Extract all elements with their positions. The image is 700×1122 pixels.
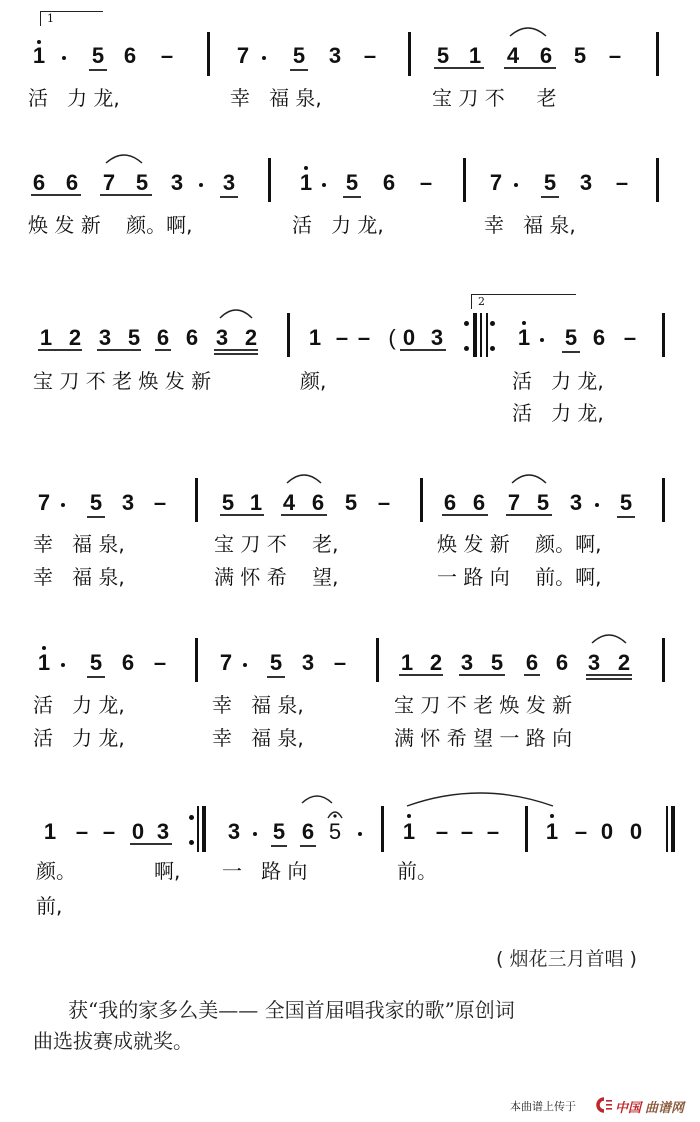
note: 6 <box>537 44 555 68</box>
note: 5 <box>267 651 285 675</box>
note: 1 <box>543 820 561 844</box>
lyric-line-verse2: 前, <box>36 894 62 918</box>
underline <box>267 676 285 678</box>
underline <box>220 196 238 198</box>
note: 5 <box>133 171 151 195</box>
note: 2 <box>66 326 84 350</box>
note: 6 <box>553 651 571 675</box>
note: 6 <box>119 651 137 675</box>
repeat-barline-thin <box>480 313 482 357</box>
barline <box>525 806 528 852</box>
note: – <box>100 820 118 844</box>
slur <box>510 471 548 485</box>
note: – <box>333 326 351 350</box>
award-note-line-1: 获“我的家多么美—— 全国首届唱我家的歌”原创词 <box>68 995 515 1025</box>
repeat-dot <box>490 346 495 351</box>
repeat-barline-thick <box>202 806 206 852</box>
note: 5 <box>125 326 143 350</box>
note: 3 <box>225 820 243 844</box>
note: 5 <box>342 491 360 515</box>
barline <box>381 806 384 852</box>
underline <box>300 845 316 847</box>
note: – <box>355 326 373 350</box>
note: – <box>151 491 169 515</box>
note: 3 <box>458 651 476 675</box>
note: 6 <box>154 326 172 350</box>
underline <box>399 674 443 676</box>
note: 0 <box>627 820 645 844</box>
final-barline-thick <box>671 806 675 852</box>
lyric-line: 颜, <box>300 369 326 393</box>
note: – <box>433 820 451 844</box>
barline <box>662 313 665 357</box>
note: 5 <box>290 44 308 68</box>
lyric-line-verse1: 啊, <box>154 859 180 883</box>
lyric-line-verse2: 满 怀 希 望, <box>214 565 339 589</box>
repeat-barline-thin <box>197 806 199 852</box>
barline <box>195 638 198 682</box>
site-brand-brown[interactable]: 曲谱网 <box>645 1097 684 1116</box>
note: 1 <box>41 820 59 844</box>
repeat-barline-thick <box>473 313 477 357</box>
high-octave-dot <box>550 814 554 818</box>
lyric-line: 幸 福 泉, <box>230 86 322 110</box>
underline <box>617 516 635 518</box>
note: 1 <box>297 171 315 195</box>
repeat-dot <box>464 346 469 351</box>
underline <box>100 194 152 196</box>
underline-double <box>214 353 258 355</box>
barline <box>656 158 659 202</box>
note: – <box>484 820 502 844</box>
barline <box>662 638 665 682</box>
high-octave-dot <box>407 814 411 818</box>
final-barline-thin <box>666 806 668 852</box>
site-logo-icon <box>594 1097 614 1113</box>
note: 1 <box>30 44 48 68</box>
note: 6 <box>380 171 398 195</box>
note: 3 <box>119 491 137 515</box>
note: 1 <box>247 491 265 515</box>
barline <box>662 478 665 522</box>
note: – <box>613 171 631 195</box>
underline <box>38 349 82 351</box>
note: 6 <box>441 491 459 515</box>
note: 5 <box>326 820 344 844</box>
barline <box>463 158 466 202</box>
note: – <box>621 326 639 350</box>
underline <box>155 349 171 351</box>
lyric-line-verse1: 一 路 向 <box>222 859 307 883</box>
underline <box>87 676 105 678</box>
note: 1 <box>306 326 324 350</box>
note: 5 <box>617 491 635 515</box>
upload-label: 本曲谱上传于 <box>510 1098 576 1114</box>
note: 6 <box>309 491 327 515</box>
underline <box>506 514 552 516</box>
note: 3 <box>96 326 114 350</box>
note: 1 <box>400 820 418 844</box>
underline <box>281 514 327 516</box>
lyric-line-verse2: 活 力 龙, <box>33 726 125 750</box>
barline <box>268 158 271 202</box>
lyric-line-verse1: 幸 福 泉, <box>212 693 304 717</box>
note: – <box>73 820 91 844</box>
slur <box>285 471 323 485</box>
note: 5 <box>434 44 452 68</box>
note: – <box>151 651 169 675</box>
underline <box>87 516 105 518</box>
augmentation-dot <box>540 338 544 342</box>
underline-double <box>586 678 632 680</box>
lyric-line-verse2: 幸 福 泉, <box>212 726 304 750</box>
underline <box>290 69 308 71</box>
tie <box>405 788 555 808</box>
note: 5 <box>488 651 506 675</box>
note: 3 <box>567 491 585 515</box>
singer-credit: ( 烟花三月首唱 ) <box>496 944 637 971</box>
note: 6 <box>590 326 608 350</box>
lyric-line: 宝 刀 不 老 <box>432 86 557 110</box>
lyric-line-verse1: 幸 福 泉, <box>33 532 125 556</box>
augmentation-dot <box>253 832 257 836</box>
repeat-dot <box>490 321 495 326</box>
note: 5 <box>562 326 580 350</box>
slur <box>218 306 254 320</box>
lyric-line: 宝 刀 不 老 焕 发 新 <box>33 369 211 393</box>
underline <box>562 351 580 353</box>
note: 5 <box>270 820 288 844</box>
augmentation-dot <box>514 183 518 187</box>
lyric-line-verse1: 焕 发 新 颜。啊, <box>437 532 602 556</box>
augmentation-dot <box>61 663 65 667</box>
underline <box>343 196 361 198</box>
note: 5 <box>87 491 105 515</box>
note: 6 <box>121 44 139 68</box>
note: 7 <box>505 491 523 515</box>
underline <box>434 67 484 69</box>
augmentation-dot <box>322 183 326 187</box>
note: ( <box>383 326 401 350</box>
barline <box>207 32 210 76</box>
note: – <box>375 491 393 515</box>
note: 7 <box>234 44 252 68</box>
note: – <box>331 651 349 675</box>
note: 6 <box>523 651 541 675</box>
note: 7 <box>487 171 505 195</box>
underline <box>271 845 287 847</box>
note: 2 <box>242 326 260 350</box>
underline <box>400 349 446 351</box>
lyric-line-verse2: 满 怀 希 望 一 路 向 <box>394 726 572 750</box>
lyric-line-verse1: 颜。 <box>36 859 76 883</box>
underline <box>89 69 107 71</box>
volta-1-bracket: 1 <box>40 11 103 26</box>
repeat-barline-thin <box>486 313 488 357</box>
lyric-line-verse1: 活 力 龙, <box>33 693 125 717</box>
note: – <box>417 171 435 195</box>
volta-number: 1 <box>47 12 54 25</box>
note: – <box>158 44 176 68</box>
slur <box>508 24 548 38</box>
note: 3 <box>428 326 446 350</box>
note: 5 <box>219 491 237 515</box>
underline <box>97 349 141 351</box>
lyric-line: 幸 福 泉, <box>484 213 576 237</box>
note: 1 <box>37 326 55 350</box>
underline <box>524 674 540 676</box>
note: 5 <box>541 171 559 195</box>
barline <box>656 32 659 76</box>
lyric-line: 活 力 龙, <box>512 401 604 425</box>
note: 1 <box>398 651 416 675</box>
note: 7 <box>100 171 118 195</box>
lyric-line-verse1: 宝 刀 不 老, <box>214 532 339 556</box>
underline <box>220 514 264 516</box>
note: – <box>572 820 590 844</box>
award-note-line-2: 曲选拔赛成就奖。 <box>33 1026 193 1056</box>
note: – <box>361 44 379 68</box>
note: 1 <box>466 44 484 68</box>
volta-2-bracket: 2 <box>471 294 576 309</box>
underline <box>541 196 559 198</box>
augmentation-dot <box>358 832 362 836</box>
note: 6 <box>299 820 317 844</box>
note: 3 <box>220 171 238 195</box>
barline <box>408 32 411 76</box>
note: 6 <box>30 171 48 195</box>
note: 5 <box>89 44 107 68</box>
note: 3 <box>326 44 344 68</box>
note: 5 <box>534 491 552 515</box>
barline <box>376 638 379 682</box>
lyric-line: 活 力 龙, <box>28 86 120 110</box>
lyric-line: 活 力 龙, <box>292 213 384 237</box>
slur <box>104 151 144 165</box>
note: 7 <box>217 651 235 675</box>
underline <box>214 349 258 351</box>
underline <box>586 674 632 676</box>
slur <box>300 793 334 805</box>
note: 3 <box>577 171 595 195</box>
lyric-line-verse1: 前。 <box>397 859 437 883</box>
note: 6 <box>63 171 81 195</box>
underline <box>442 514 488 516</box>
underline <box>504 67 556 69</box>
note: 0 <box>400 326 418 350</box>
note: 3 <box>168 171 186 195</box>
underline <box>31 194 81 196</box>
note: 5 <box>87 651 105 675</box>
note: – <box>606 44 624 68</box>
note: 3 <box>299 651 317 675</box>
lyric-line: 活 力 龙, <box>512 369 604 393</box>
note: 1 <box>35 651 53 675</box>
barline <box>420 478 423 522</box>
lyric-line-verse1: 宝 刀 不 老 焕 发 新 <box>394 693 572 717</box>
note: 2 <box>427 651 445 675</box>
note: 2 <box>615 651 633 675</box>
repeat-dot <box>189 815 194 820</box>
note: 7 <box>35 491 53 515</box>
note: 3 <box>585 651 603 675</box>
repeat-dot <box>189 840 194 845</box>
lyric-line-verse2: 一 路 向 前。啊, <box>437 565 602 589</box>
barline <box>195 478 198 522</box>
augmentation-dot <box>62 56 66 60</box>
repeat-dot <box>464 321 469 326</box>
note: – <box>458 820 476 844</box>
augmentation-dot <box>262 56 266 60</box>
site-brand-red[interactable]: 中国 <box>615 1097 641 1116</box>
note: 0 <box>598 820 616 844</box>
note: 4 <box>504 44 522 68</box>
note: 3 <box>213 326 231 350</box>
note: 3 <box>154 820 172 844</box>
note: 6 <box>470 491 488 515</box>
underline <box>459 674 505 676</box>
slur <box>590 631 628 645</box>
augmentation-dot <box>199 183 203 187</box>
barline <box>287 313 290 357</box>
lyric-line-verse2: 幸 福 泉, <box>33 565 125 589</box>
volta-number: 2 <box>478 295 485 308</box>
underline <box>130 843 172 845</box>
augmentation-dot <box>243 663 247 667</box>
note: 5 <box>343 171 361 195</box>
note: 1 <box>515 326 533 350</box>
augmentation-dot <box>61 503 65 507</box>
lyric-line: 焕 发 新 颜。啊, <box>28 213 193 237</box>
note: 5 <box>571 44 589 68</box>
note: 6 <box>183 326 201 350</box>
note: 4 <box>280 491 298 515</box>
note: 0 <box>129 820 147 844</box>
augmentation-dot <box>595 503 599 507</box>
